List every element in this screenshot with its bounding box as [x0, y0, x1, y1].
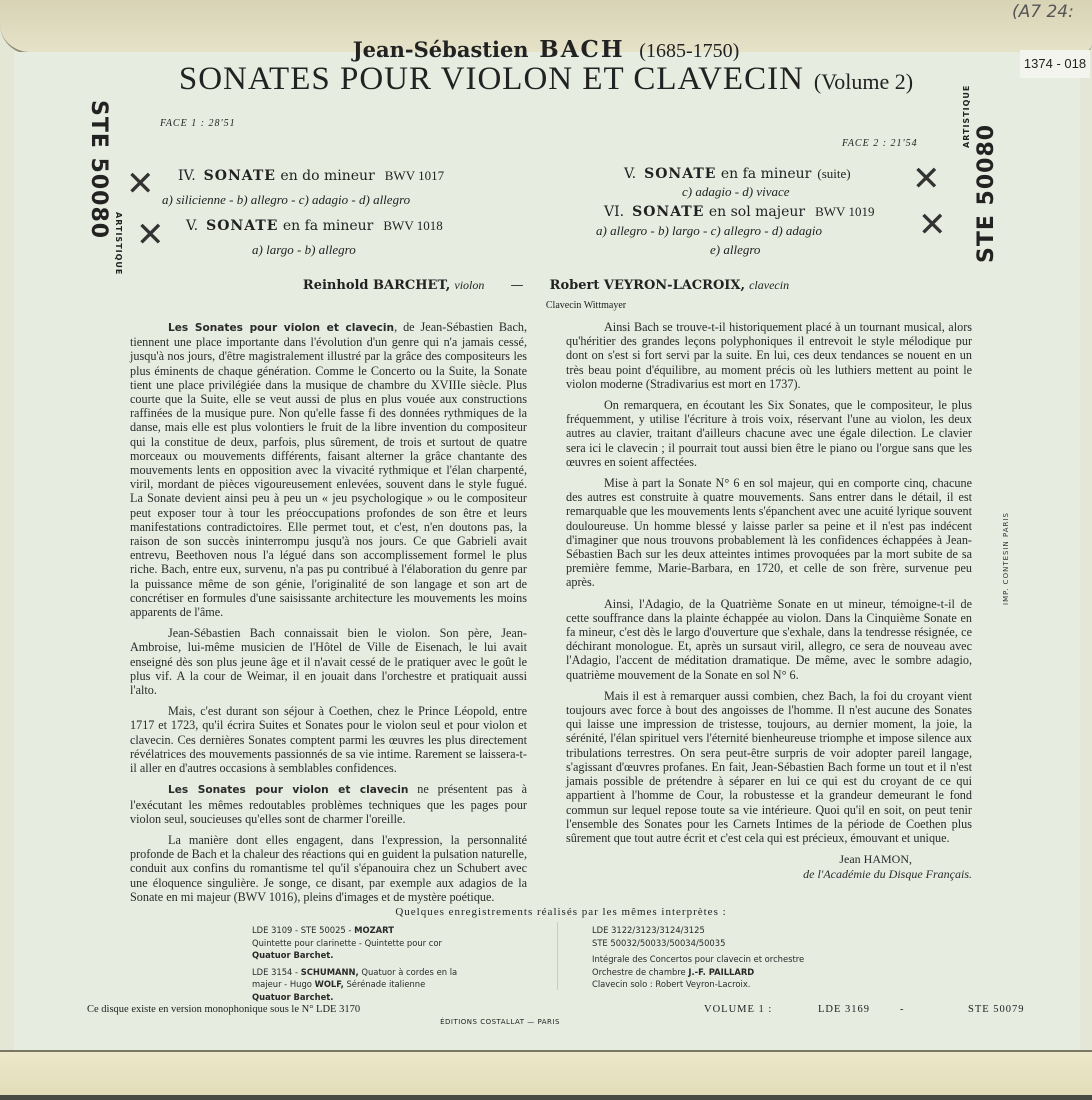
- volume-1-ste: STE 50079: [968, 1004, 1025, 1015]
- separator-dash: —: [511, 278, 524, 293]
- author-signature: Jean HAMON,de l'Académie du Disque Franç…: [566, 852, 972, 882]
- author-affiliation: de l'Académie du Disque Français.: [566, 867, 972, 882]
- recording-works: majeur - Hugo: [252, 979, 315, 989]
- track-face1-2: V.SONATE en fa mineurBWV 1018: [186, 218, 443, 234]
- track-face2-2-movements: a) allegro - b) largo - c) allegro - d) …: [596, 223, 822, 239]
- track-title: SONATE: [206, 218, 278, 234]
- recording-catalog: STE 50032/50033/50034/50035: [592, 937, 922, 950]
- recording-composer: MOZART: [354, 925, 394, 935]
- recording-catalog: LDE 3109 - STE 50025 -: [252, 925, 354, 935]
- track-number: V.: [186, 218, 198, 234]
- track-number: V.: [624, 166, 636, 182]
- recording-works: Quatuor à cordes en la: [359, 967, 457, 977]
- composer-last-name: BACH: [539, 36, 624, 63]
- recording-works: Intégrale des Concertos pour clavecin et…: [592, 953, 922, 966]
- author-name: Jean HAMON,: [566, 852, 972, 867]
- recording-composer: SCHUMANN,: [301, 967, 359, 977]
- track-key: en sol majeur: [709, 204, 805, 220]
- album-title: SONATES POUR VIOLON ET CLAVECIN(Volume 2…: [0, 61, 1092, 98]
- column-divider: [557, 922, 558, 990]
- other-recordings-left: LDE 3109 - STE 50025 - MOZART Quintette …: [252, 924, 522, 1003]
- composer-dates: (1685-1750): [639, 40, 739, 62]
- handwritten-x-mark: ✕: [126, 167, 155, 201]
- handwritten-x-mark: ✕: [918, 208, 947, 242]
- catalog-number-right: STE 50080 ARTISTIQUE: [964, 88, 1004, 268]
- recording-ensemble: Quatuor Barchet.: [252, 950, 333, 960]
- track-bwv: BWV 1019: [815, 204, 874, 219]
- bottom-flap: [0, 1050, 1092, 1097]
- track-key: en do mineur: [280, 168, 374, 184]
- label-name: ARTISTIQUE: [114, 212, 123, 275]
- volume-1-dash: -: [900, 1004, 905, 1015]
- track-face1-2-movements: a) largo - b) allegro: [252, 242, 356, 258]
- liner-paragraph: Mais il est à remarquer aussi combien, c…: [566, 689, 972, 845]
- track-number: VI.: [604, 204, 624, 220]
- publisher: ÉDITIONS COSTALLAT — PARIS: [300, 1018, 700, 1026]
- recording-composer: WOLF,: [315, 979, 344, 989]
- liner-paragraph: Ainsi Bach se trouve-t-il historiquement…: [566, 320, 972, 391]
- recording-works: Sérénade italienne: [344, 979, 425, 989]
- recording-entry: LDE 3109 - STE 50025 - MOZART: [252, 924, 522, 937]
- printer-note: IMP. CONTESIN PARIS: [1002, 510, 1010, 605]
- track-key: en fa mineur: [283, 218, 374, 234]
- performers-line: Reinhold BARCHET, violon — Robert VEYRON…: [0, 278, 1092, 293]
- composer-heading: Jean-Sébastien BACH (1685-1750): [0, 36, 1092, 63]
- catalog-number-left: STE 50080 ARTISTIQUE: [86, 100, 126, 300]
- instrument-credit: Clavecin Wittmayer: [0, 300, 1092, 311]
- track-title: SONATE: [632, 204, 704, 220]
- catalog-code: STE 50080: [86, 100, 111, 239]
- mono-version-note: Ce disque existe en version monophonique…: [87, 1004, 360, 1015]
- recording-soloist: Clavecin solo : Robert Veyron-Lacroix.: [592, 978, 922, 991]
- handwritten-x-mark: ✕: [912, 162, 941, 196]
- liner-paragraph: La manière dont elles engagent, dans l'e…: [130, 833, 527, 904]
- liner-paragraph: Les Sonates pour violon et clavecin, de …: [130, 320, 527, 619]
- handwritten-note: (A7 24:: [1012, 2, 1074, 22]
- recording-ensemble: Quatuor Barchet.: [252, 992, 333, 1002]
- liner-paragraph: Ainsi, l'Adagio, de la Quatrième Sonate …: [566, 597, 972, 682]
- track-bwv: BWV 1018: [383, 218, 442, 233]
- harpsichordist-name: Robert VEYRON-LACROIX,: [550, 278, 745, 293]
- track-title: SONATE: [644, 166, 716, 182]
- other-recordings-heading: Quelques enregistrements réalisés par le…: [0, 906, 1092, 918]
- recording-entry: LDE 3154 - SCHUMANN, Quatuor à cordes en…: [252, 966, 522, 979]
- liner-paragraph: On remarquera, en écoutant les Six Sonat…: [566, 398, 972, 469]
- track-title: SONATE: [204, 168, 276, 184]
- recording-catalog: LDE 3154 -: [252, 967, 301, 977]
- liner-paragraph: Mise à part la Sonate N° 6 en sol majeur…: [566, 476, 972, 590]
- volume-1-label: VOLUME 1 :: [704, 1004, 772, 1015]
- liner-notes-right-column: Ainsi Bach se trouve-t-il historiquement…: [566, 320, 972, 882]
- violinist-role: violon: [454, 278, 484, 292]
- catalog-code: STE 50080: [974, 88, 999, 263]
- album-title-text: SONATES POUR VIOLON ET CLAVECIN: [179, 61, 804, 97]
- volume-1-lde: LDE 3169: [818, 1004, 870, 1015]
- recording-catalog: LDE 3122/3123/3124/3125: [592, 924, 922, 937]
- recording-conductor: J.-F. PAILLARD: [688, 967, 754, 977]
- track-number: IV.: [178, 168, 196, 184]
- harpsichordist-role: clavecin: [749, 278, 789, 292]
- track-suite: (suite): [817, 166, 850, 181]
- composer-first-name: Jean-Sébastien: [353, 37, 529, 62]
- liner-paragraph: Jean-Sébastien Bach connaissait bien le …: [130, 626, 527, 697]
- handwritten-x-mark: ✕: [136, 218, 165, 252]
- track-face2-1: V.SONATE en fa mineur(suite): [624, 166, 851, 182]
- track-bwv: BWV 1017: [385, 168, 444, 183]
- recording-ensemble: Orchestre de chambre: [592, 967, 688, 977]
- face-1-label: FACE 1 : 28'51: [160, 118, 236, 129]
- track-face2-2-movements-2: e) allegro: [710, 242, 760, 258]
- other-recordings-right: LDE 3122/3123/3124/3125 STE 50032/50033/…: [592, 924, 922, 991]
- track-face2-2: VI.SONATE en sol majeurBWV 1019: [604, 204, 874, 220]
- track-face2-1-movements: c) adagio - d) vivace: [682, 184, 790, 200]
- recording-works: Quintette pour clarinette - Quintette po…: [252, 937, 522, 950]
- face-2-label: FACE 2 : 21'54: [842, 138, 918, 149]
- liner-paragraph: Mais, c'est durant son séjour à Coethen,…: [130, 704, 527, 775]
- record-sleeve-back: (A7 24: 1374 - 018 STE 50080 ARTISTIQUE …: [0, 0, 1092, 1100]
- track-face1-1: IV.SONATE en do mineurBWV 1017: [178, 168, 444, 184]
- volume-label: (Volume 2): [814, 69, 913, 94]
- bottom-edge: [0, 1095, 1092, 1100]
- violinist-name: Reinhold BARCHET,: [303, 278, 450, 293]
- track-key: en fa mineur: [721, 166, 812, 182]
- track-face1-1-movements: a) silicienne - b) allegro - c) adagio -…: [162, 192, 410, 208]
- liner-notes-left-column: Les Sonates pour violon et clavecin, de …: [130, 320, 527, 911]
- liner-paragraph: Les Sonates pour violon et clavecin ne p…: [130, 782, 527, 826]
